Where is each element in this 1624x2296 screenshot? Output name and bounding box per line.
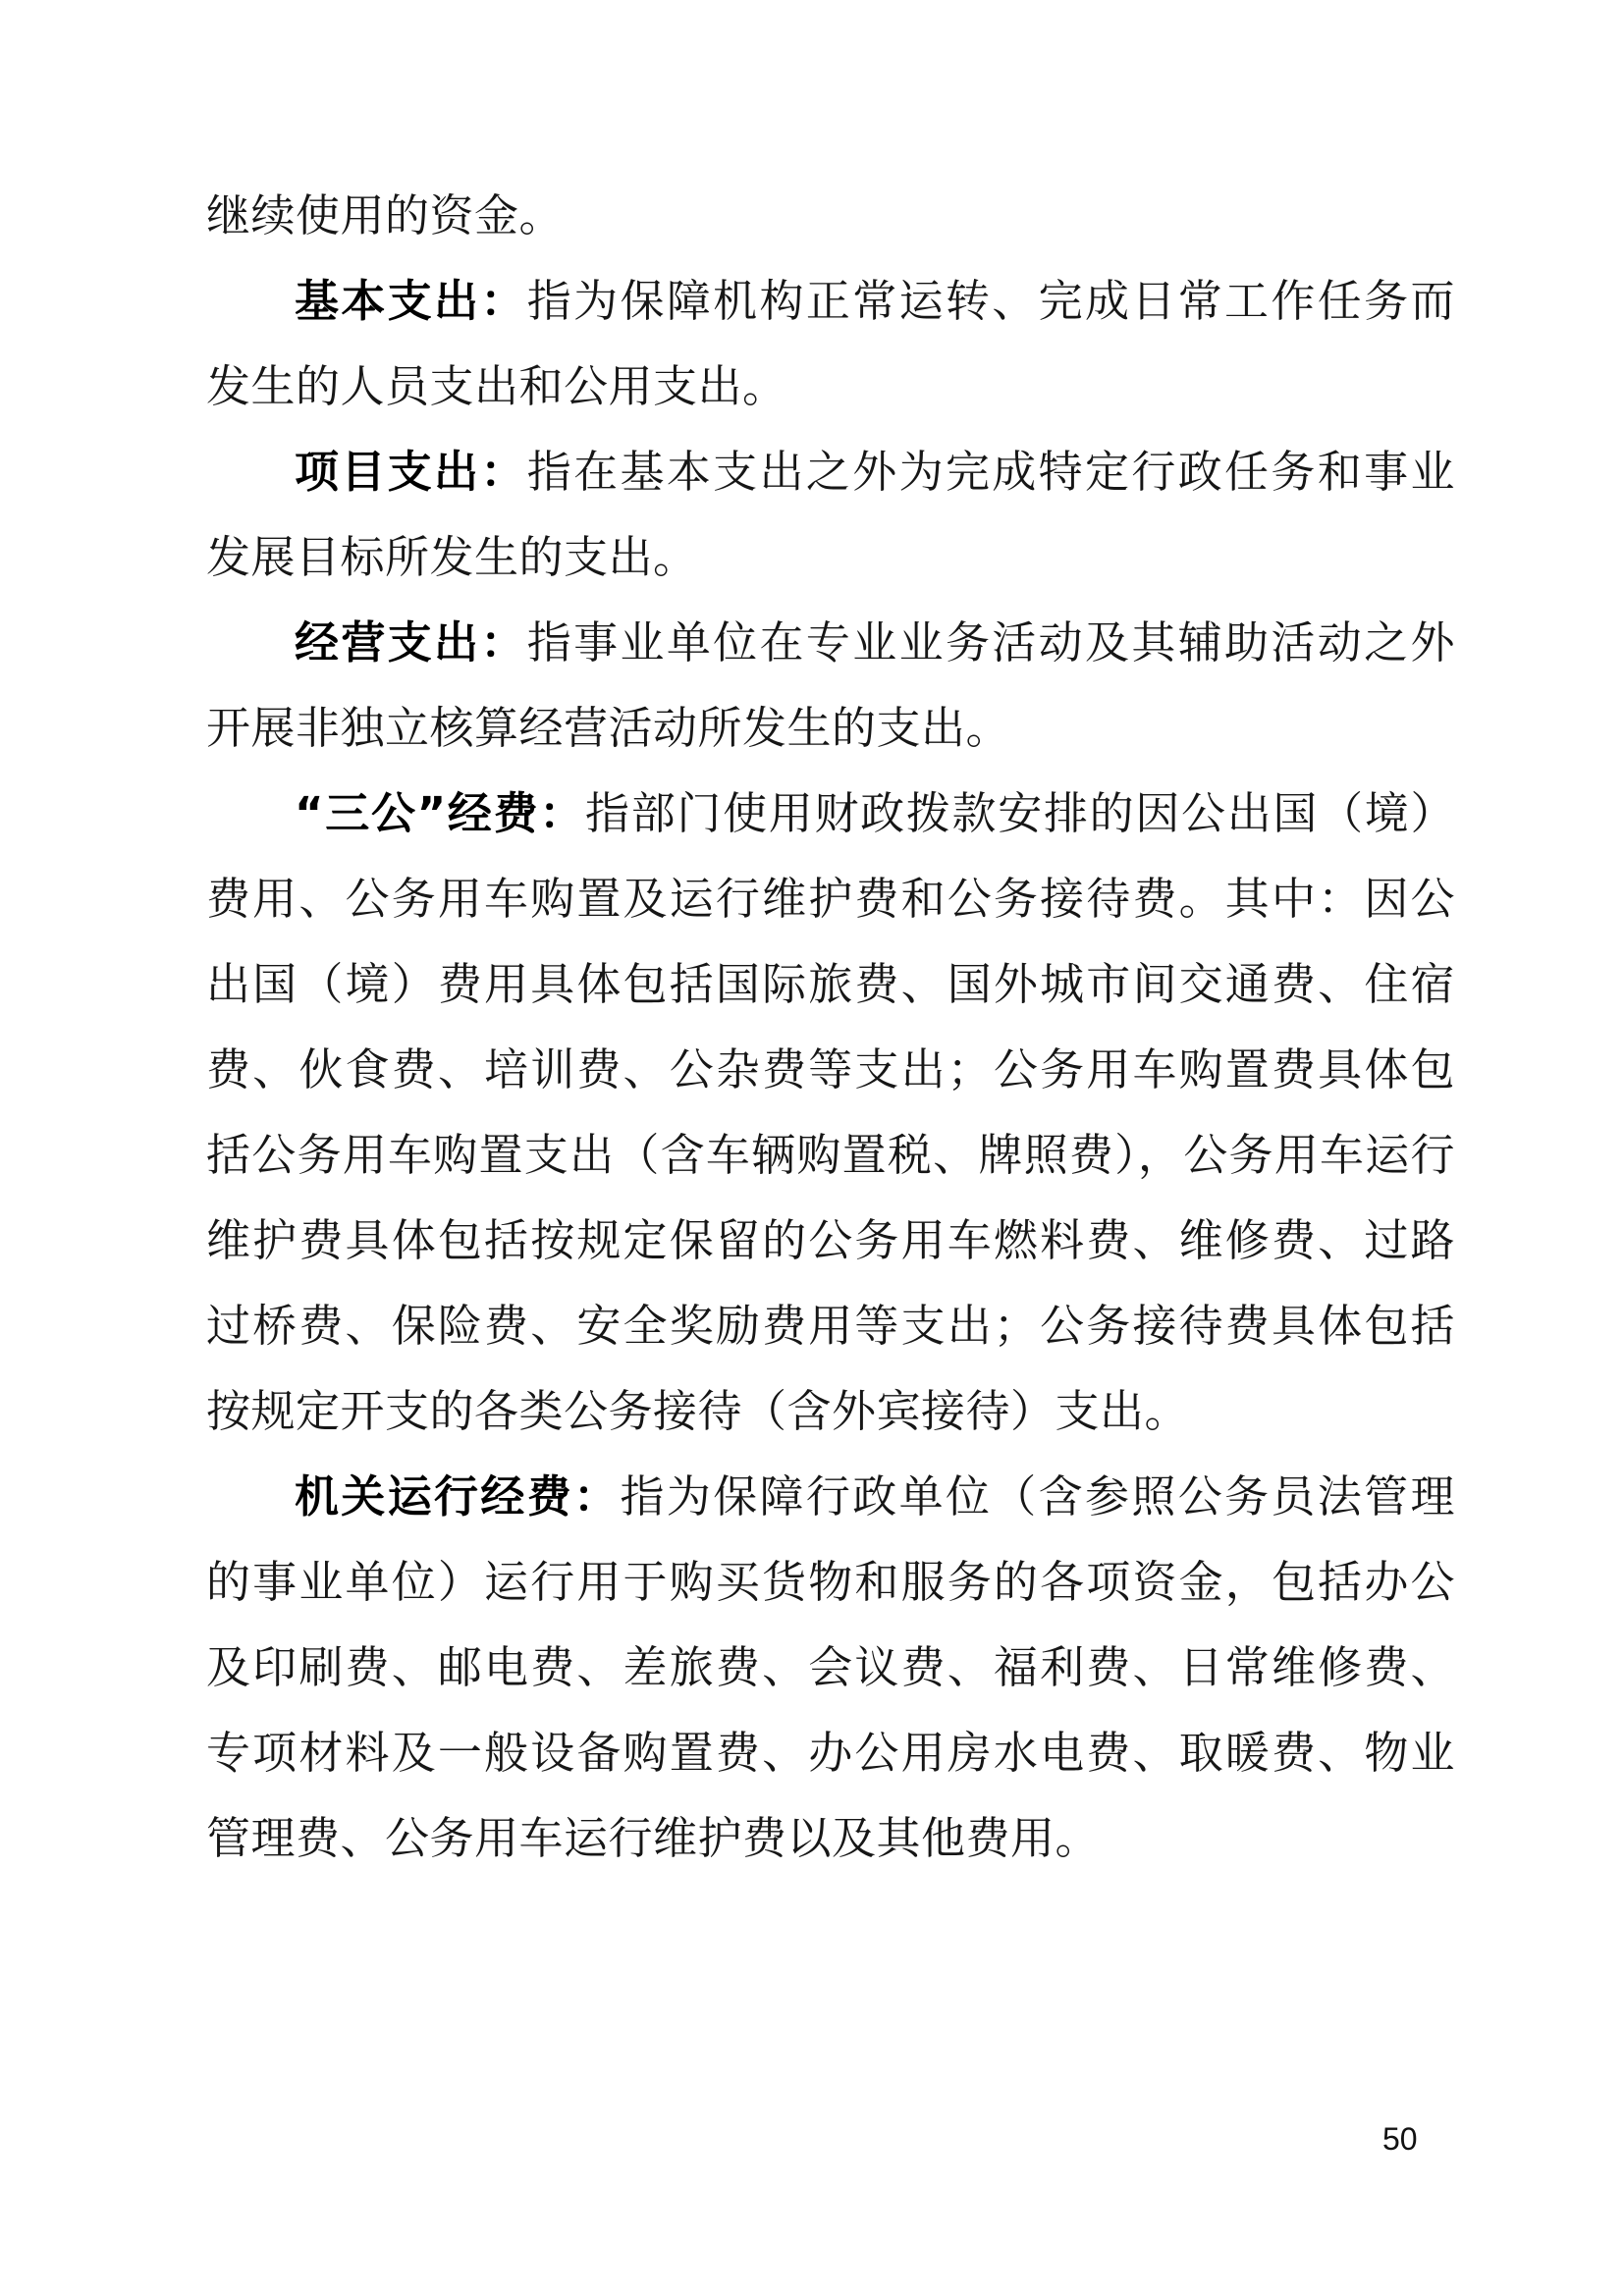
term-label: 经营支出： bbox=[295, 616, 527, 668]
paragraph-three-public-funds: “三公”经费：指部门使用财政拨款安排的因公出国（境）费用、公务用车购置及运行维护… bbox=[206, 771, 1455, 1454]
term-label: 机关运行经费： bbox=[295, 1470, 620, 1522]
paragraph-operating-expenditure: 经营支出：指事业单位在专业业务活动及其辅助活动之外开展非独立核算经营活动所发生的… bbox=[206, 600, 1455, 771]
paragraph-agency-operating-funds: 机关运行经费：指为保障行政单位（含参照公务员法管理的事业单位）运行用于购买货物和… bbox=[206, 1454, 1455, 1881]
paragraph-text: 指部门使用财政拨款安排的因公出国（境）费用、公务用车购置及运行维护费和公务接待费… bbox=[206, 787, 1455, 1437]
paragraph-continuation: 继续使用的资金。 bbox=[206, 173, 1455, 258]
term-label: 基本支出： bbox=[295, 275, 527, 327]
paragraph-text: 继续使用的资金。 bbox=[206, 189, 564, 241]
term-label: “三公”经费： bbox=[295, 787, 585, 839]
term-label: 项目支出： bbox=[295, 446, 527, 498]
document-page: 继续使用的资金。 基本支出：指为保障机构正常运转、完成日常工作任务而发生的人员支… bbox=[0, 0, 1624, 2296]
document-body: 继续使用的资金。 基本支出：指为保障机构正常运转、完成日常工作任务而发生的人员支… bbox=[206, 173, 1455, 1881]
page-number: 50 bbox=[1382, 2120, 1418, 2158]
paragraph-project-expenditure: 项目支出：指在基本支出之外为完成特定行政任务和事业发展目标所发生的支出。 bbox=[206, 429, 1455, 600]
paragraph-basic-expenditure: 基本支出：指为保障机构正常运转、完成日常工作任务而发生的人员支出和公用支出。 bbox=[206, 258, 1455, 429]
paragraph-text: 指为保障行政单位（含参照公务员法管理的事业单位）运行用于购买货物和服务的各项资金… bbox=[206, 1470, 1455, 1864]
